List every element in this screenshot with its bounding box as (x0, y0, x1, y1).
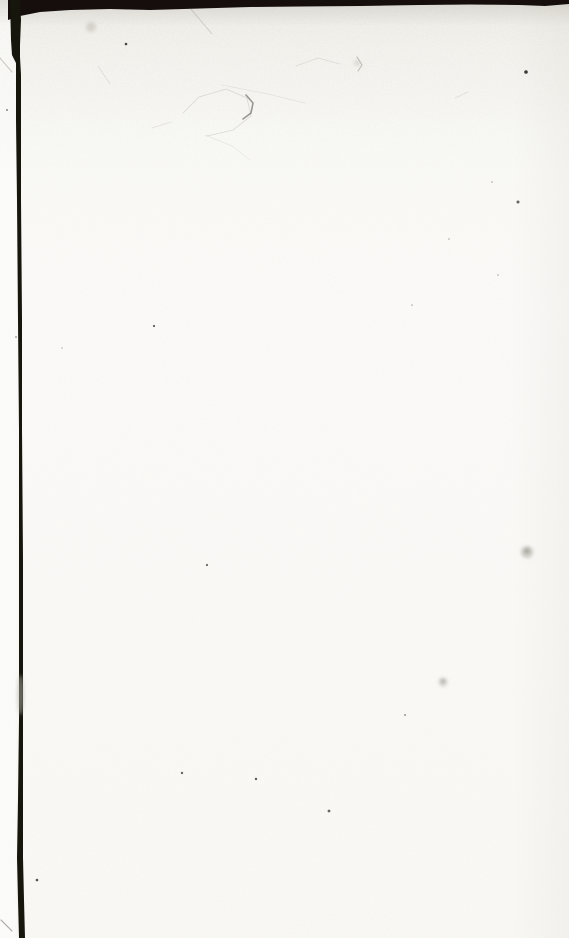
gutter-fade (17, 675, 24, 715)
scanned-page (0, 0, 569, 938)
scan-artifacts-layer (0, 0, 569, 938)
paper-grain (0, 0, 569, 938)
